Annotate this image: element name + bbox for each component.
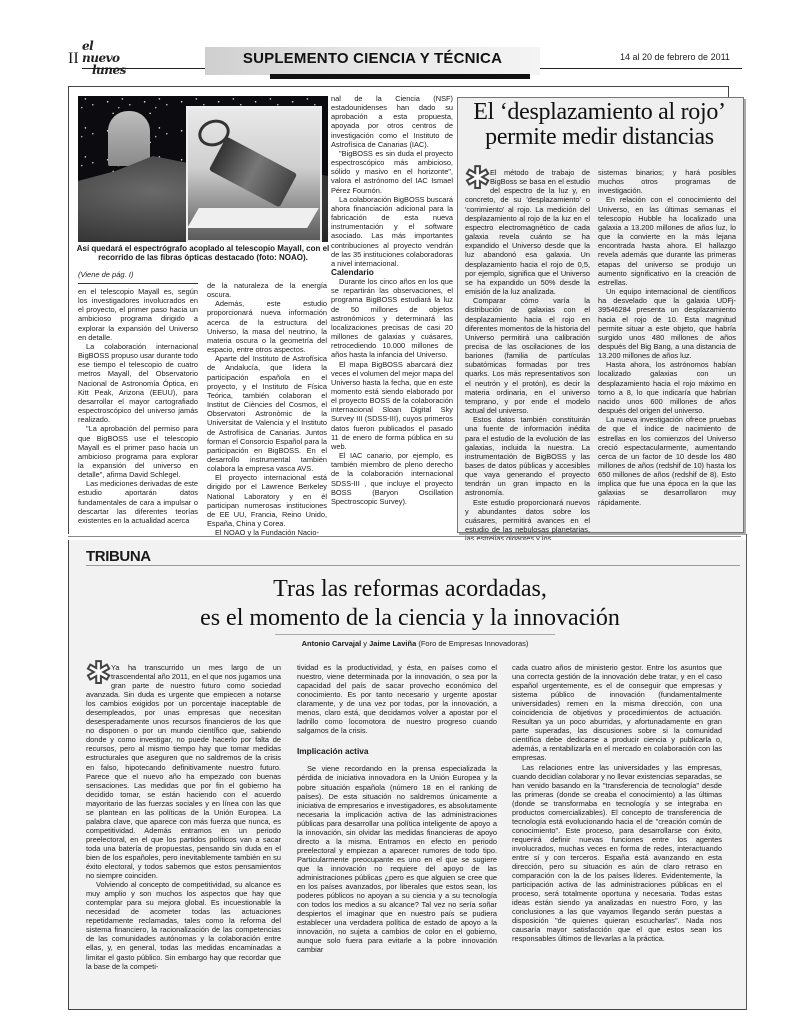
tribuna-bottom-rule xyxy=(68,1009,746,1010)
asterisk-dropcap-icon: ✱ xyxy=(86,663,108,685)
author-1: Antonio Carvajal xyxy=(302,639,362,648)
continued-from-note: (Viene de pág. I) xyxy=(78,270,198,279)
byline-rule xyxy=(275,634,555,635)
tribuna-label: TRIBUNA xyxy=(86,548,151,565)
page-number: II xyxy=(68,50,79,68)
tribuna-column-1: ✱Ya ha transcurrido un mes largo de un t… xyxy=(86,663,281,971)
paragraph: cada cuatro años de ministerio gestor. E… xyxy=(512,663,722,763)
paragraph: nal de la Ciencia (NSF) estadounidenses … xyxy=(331,94,453,149)
paragraph: sistemas binarios; y hará posibles mucho… xyxy=(598,168,736,195)
paragraph: La colaboración BigBOSS buscará ahora fi… xyxy=(331,195,453,268)
tribuna-column-2: tividad es la productividad, y ésta, en … xyxy=(297,663,497,954)
issue-date: 14 al 20 de febrero de 2011 xyxy=(620,52,730,62)
section-title: SUPLEMENTO CIENCIA Y TÉCNICA xyxy=(210,50,535,67)
paragraph: "La aprobación del permiso para que BigB… xyxy=(78,424,198,479)
subheading-calendario: Calendario xyxy=(331,268,453,277)
article-column-1: en el telescopio Mayall es, según los in… xyxy=(78,287,198,525)
telescope-photo xyxy=(78,96,328,242)
paragraph-text: Ya ha transcurrido un mes largo de un tr… xyxy=(86,663,281,880)
paragraph: Además, este estudio proporcionará nueva… xyxy=(207,299,327,354)
sidebar-headline-line-2: permite medir distancias xyxy=(462,125,737,150)
paragraph: Hasta ahora, los astrónomos habían local… xyxy=(598,360,736,415)
telescope-tube xyxy=(209,136,297,207)
paragraph: en el telescopio Mayall es, según los in… xyxy=(78,287,198,342)
byline: Antonio Carvajal y Jaime Laviña (Foro de… xyxy=(200,639,630,648)
paragraph: La colaboración internacional BigBOSS pr… xyxy=(78,342,198,424)
tribuna-column-3: cada cuatro años de ministerio gestor. E… xyxy=(512,663,722,943)
paragraph: Durante los cinco años en los que se rep… xyxy=(331,277,453,359)
sidebar-headline: El ‘desplazamiento al rojo’ permite medi… xyxy=(462,100,737,150)
tribuna-headline-line-2: es el momento de la ciencia y la innovac… xyxy=(80,604,740,633)
paragraph: ✱Ya ha transcurrido un mes largo de un t… xyxy=(86,663,281,880)
author-2: Jaime Laviña xyxy=(369,639,416,648)
sidebar-column-1: ✱El método de trabajo de BigBoss se basa… xyxy=(465,168,590,543)
photo-caption: Así quedará el espectrógrafo acoplado al… xyxy=(74,244,332,262)
paragraph: En relación con el conocimiento del Univ… xyxy=(598,195,736,287)
author-affiliation: (Foro de Empresas Innovadoras) xyxy=(416,639,528,648)
paragraph: Las relaciones entre las universidades y… xyxy=(512,763,722,944)
paragraph: El proyecto internacional está dirigido … xyxy=(207,473,327,528)
author-joiner: y xyxy=(361,639,369,648)
paragraph: tividad es la productividad, y ésta, en … xyxy=(297,663,497,735)
asterisk-dropcap-icon: ✱ xyxy=(465,168,487,190)
subheading-implicacion-activa: Implicación activa xyxy=(297,747,497,756)
logo-line-2: lunes xyxy=(82,64,130,76)
sidebar-headline-line-1: El ‘desplazamiento al rojo’ xyxy=(462,100,737,125)
telescope-base xyxy=(187,208,319,228)
newspaper-logo: el nuevo lunes xyxy=(82,40,130,76)
paragraph: Se viene recordando en la prensa especia… xyxy=(297,764,497,954)
paragraph: Estos datos también constituirán una fue… xyxy=(465,415,590,497)
paragraph: ✱El método de trabajo de BigBoss se basa… xyxy=(465,168,590,296)
section-underline xyxy=(270,74,530,79)
paragraph: "BigBOSS es sin duda el proyecto espectr… xyxy=(331,149,453,195)
section-divider xyxy=(68,536,741,537)
article-column-2: de la naturaleza de la energía oscura. A… xyxy=(207,281,327,537)
sidebar-column-2: sistemas binarios; y hará posibles mucho… xyxy=(598,168,736,507)
tribuna-headline-line-1: Tras las reformas acordadas, xyxy=(80,575,740,604)
paragraph: Las mediciones derivadas de este estudio… xyxy=(78,479,198,525)
logo-line-1: el nuevo xyxy=(82,40,130,64)
paragraph: Un equipo internacional de científicos h… xyxy=(598,287,736,360)
observatory-dome xyxy=(108,111,150,166)
paragraph: de la naturaleza de la energía oscura. xyxy=(207,281,327,299)
paragraph: El IAC canario, por ejemplo, es también … xyxy=(331,451,453,506)
tribuna-right-border xyxy=(746,534,747,1010)
paragraph: Comparar cómo varía la distribución de g… xyxy=(465,296,590,415)
sidebar-top-rule xyxy=(447,86,729,87)
spectrograph-inset-image xyxy=(186,106,322,242)
article-frame-top xyxy=(68,86,448,87)
continued-rule xyxy=(78,283,198,284)
paragraph: Aparte del Instituto de Astrofísica de A… xyxy=(207,354,327,473)
paragraph: Volviendo al concepto de competitividad,… xyxy=(86,880,281,970)
tribuna-rule xyxy=(86,565,740,566)
paragraph: El mapa BigBOSS abarcará diez veces el v… xyxy=(331,360,453,452)
article-column-3: nal de la Ciencia (NSF) estadounidenses … xyxy=(331,94,453,506)
paragraph: La nueva investigación ofrece pruebas de… xyxy=(598,415,736,507)
tribuna-headline: Tras las reformas acordadas, es el momen… xyxy=(80,575,740,633)
